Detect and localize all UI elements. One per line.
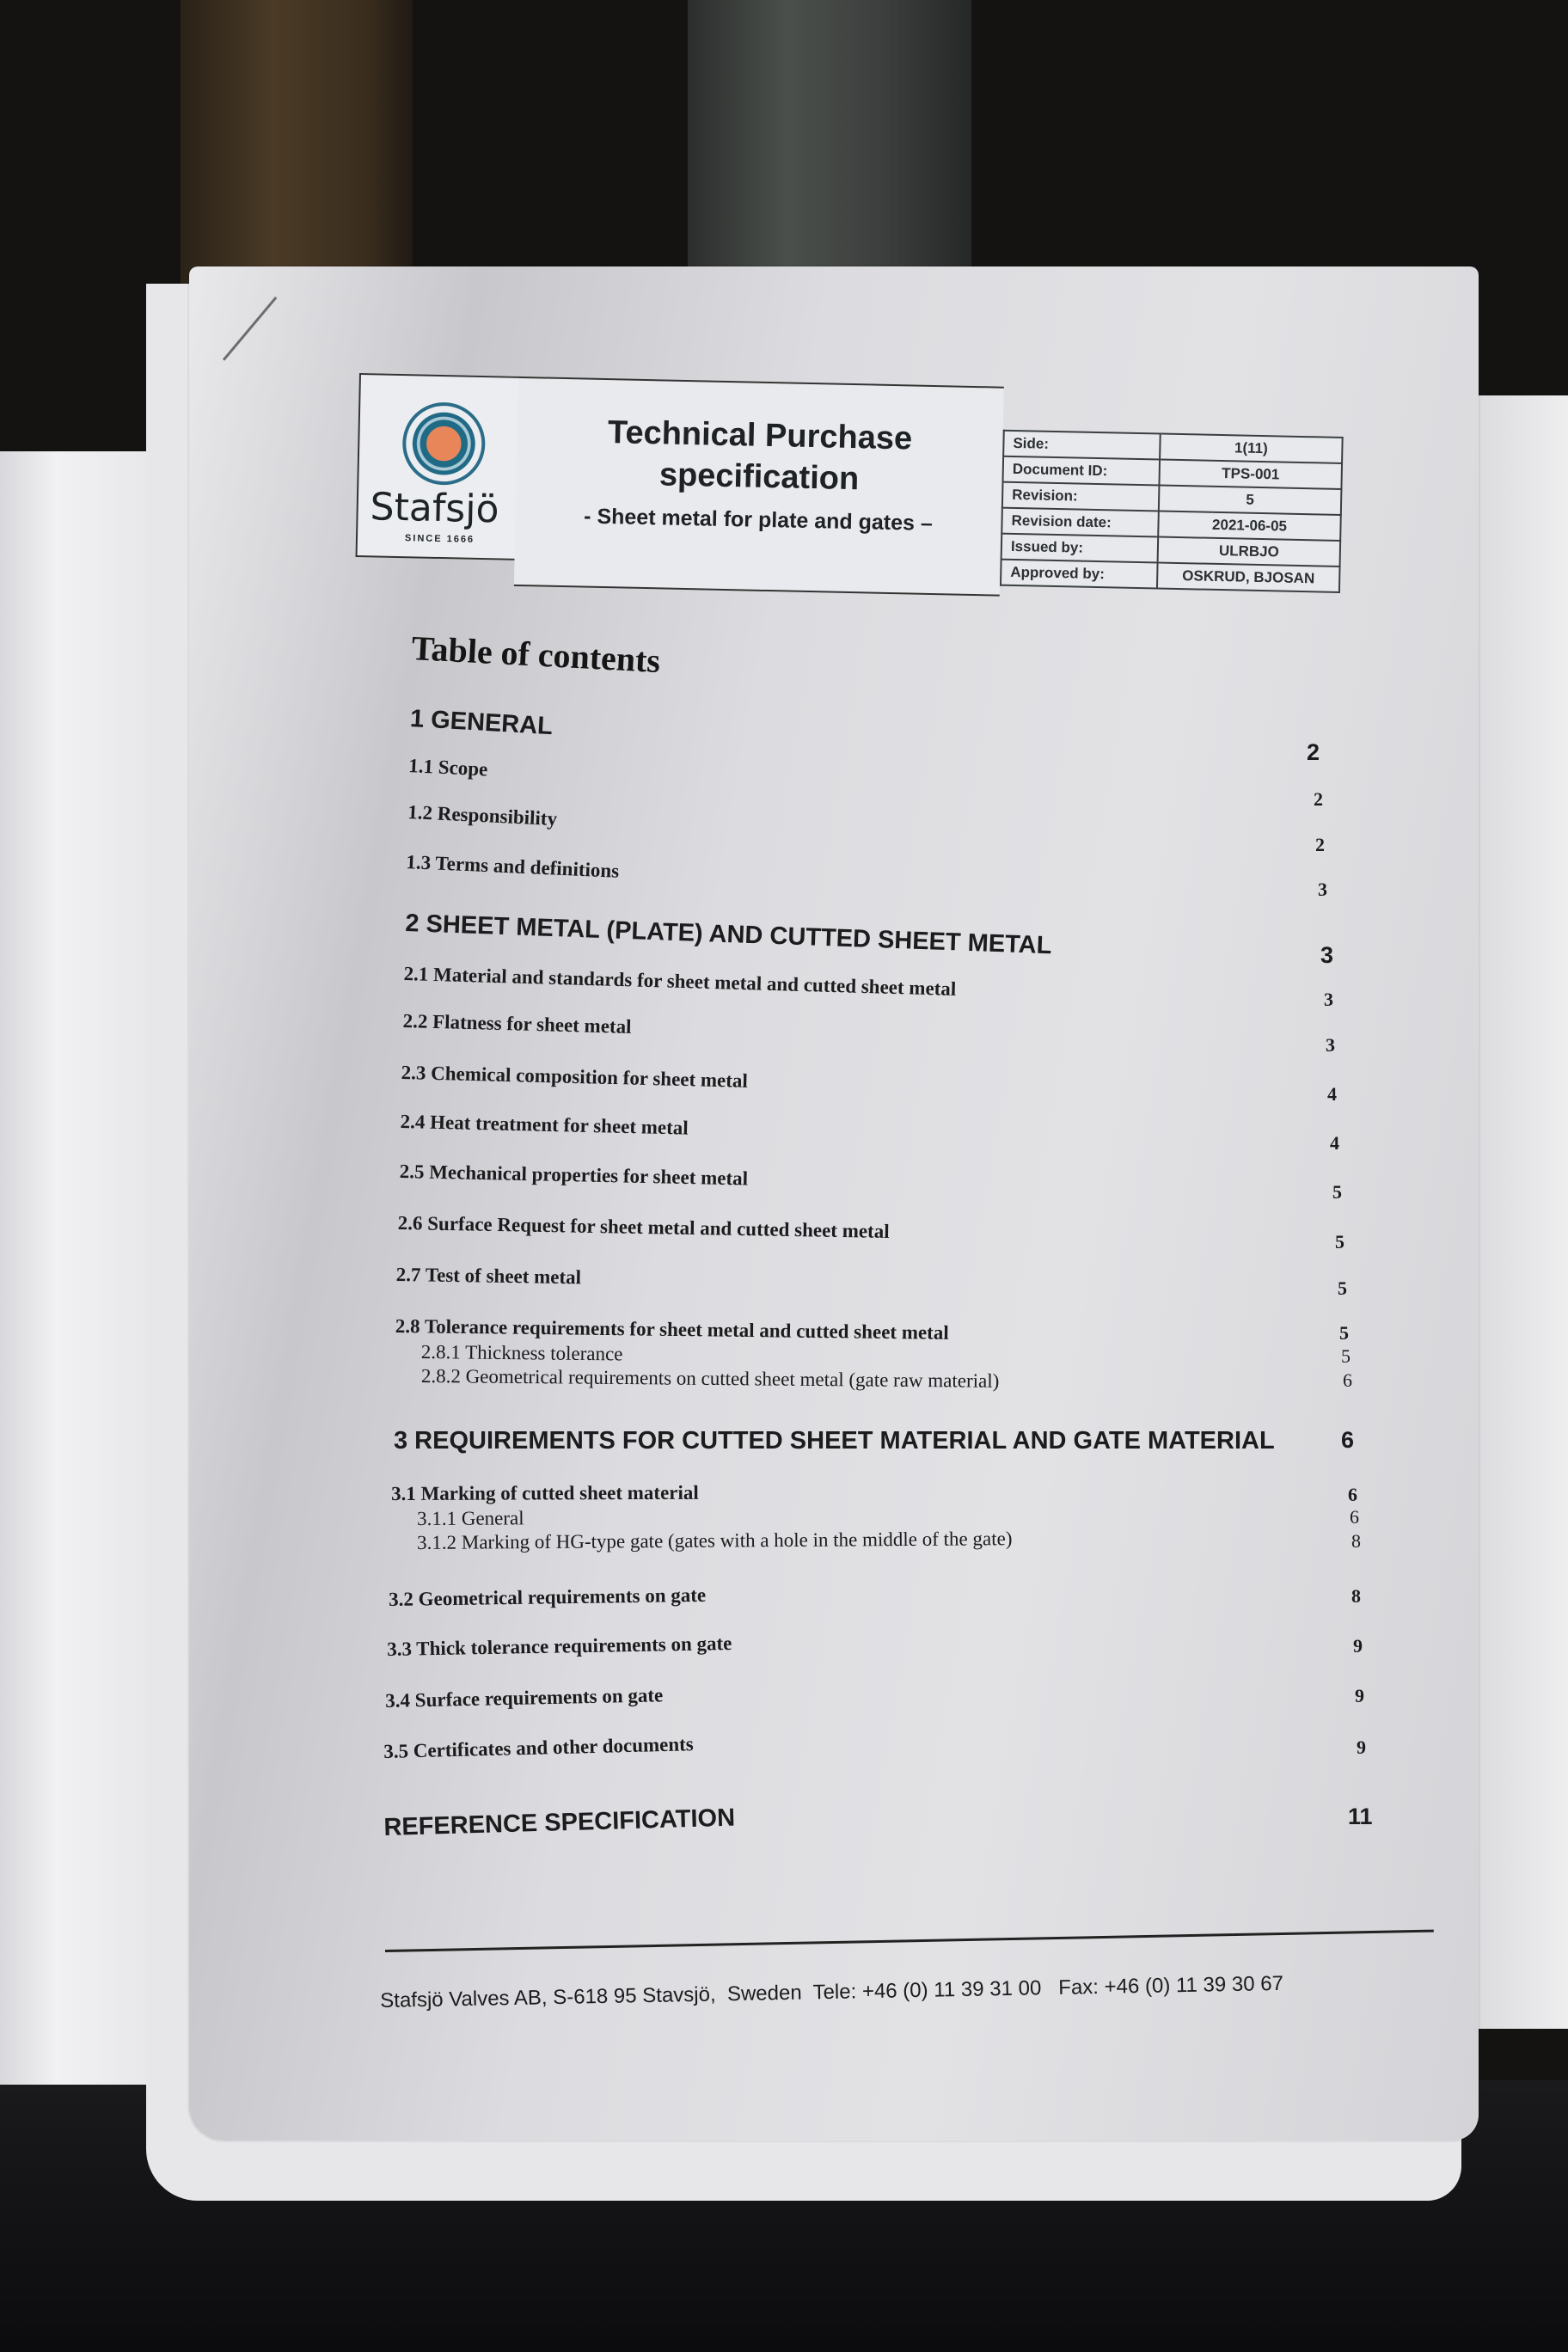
toc-entry-level-2[interactable]: 3.1 Marking of cutted sheet material	[391, 1482, 699, 1505]
toc-entry-level-2[interactable]: 3.4 Surface requirements on gate	[385, 1684, 664, 1712]
toc-page-number: 3	[1320, 942, 1333, 969]
toc-entry-level-2[interactable]: 2.6 Surface Request for sheet metal and …	[398, 1212, 890, 1243]
toc-page-number: 5	[1338, 1277, 1347, 1300]
toc-entry-level-1[interactable]: 2 SHEET METAL (PLATE) AND CUTTED SHEET M…	[405, 910, 1052, 960]
toc-page-number: 3	[1324, 989, 1333, 1011]
toc-page-number: 2	[1314, 788, 1323, 811]
toc-entry-level-1[interactable]: 3 REQUIREMENTS FOR CUTTED SHEET MATERIAL…	[394, 1427, 1275, 1455]
toc-page-number: 4	[1327, 1083, 1337, 1106]
toc-page-number: 8	[1351, 1585, 1361, 1608]
toc-entry-level-2[interactable]: 1.1 Scope	[408, 755, 488, 781]
toc-page-number: 9	[1357, 1736, 1366, 1759]
toc-entry-level-2[interactable]: 2.7 Test of sheet metal	[396, 1264, 582, 1289]
toc-page-number: 2	[1315, 834, 1325, 856]
toc-entry-level-2[interactable]: 2.1 Material and standards for sheet met…	[403, 963, 956, 1001]
toc-entry-level-2[interactable]: 3.3 Thick tolerance requirements on gate	[387, 1632, 732, 1661]
toc-page-number: 2	[1307, 739, 1320, 766]
toc-entry-level-2[interactable]: 3.2 Geometrical requirements on gate	[389, 1584, 706, 1611]
toc-page-number: 5	[1332, 1181, 1342, 1204]
toc-entry-level-3[interactable]: 2.8.2 Geometrical requirements on cutted…	[421, 1365, 1000, 1393]
toc-entry-level-3[interactable]: 3.1.1 General	[417, 1507, 524, 1530]
toc-entry-level-2[interactable]: 3.5 Certificates and other documents	[383, 1733, 694, 1763]
toc-page-number: 3	[1318, 879, 1327, 901]
toc-entry-level-2[interactable]: 2.8 Tolerance requirements for sheet met…	[395, 1315, 949, 1344]
toc-page-number: 8	[1351, 1530, 1361, 1553]
toc-entry-level-2[interactable]: 2.2 Flatness for sheet metal	[402, 1010, 632, 1038]
toc-page-number: 3	[1326, 1034, 1335, 1057]
toc-page-number: 9	[1355, 1685, 1364, 1707]
toc-page-number: 11	[1348, 1804, 1373, 1830]
toc-entry-level-1[interactable]: 1 GENERAL	[409, 705, 554, 741]
toc-entry-level-2[interactable]: 1.3 Terms and definitions	[406, 851, 620, 883]
toc-title: Table of contents	[411, 628, 662, 681]
toc-page-number: 5	[1341, 1345, 1351, 1368]
toc-entry-level-1[interactable]: REFERENCE SPECIFICATION	[383, 1804, 735, 1842]
toc-entry-level-2[interactable]: 1.2 Responsibility	[407, 801, 558, 830]
toc-page-number: 6	[1341, 1427, 1354, 1454]
toc-entry-level-2[interactable]: 2.3 Chemical composition for sheet metal	[401, 1062, 748, 1093]
toc-page-number: 6	[1343, 1369, 1352, 1392]
toc-entry-level-2[interactable]: 2.4 Heat treatment for sheet metal	[400, 1111, 689, 1140]
toc-page-number: 9	[1353, 1635, 1363, 1657]
toc-entry-level-2[interactable]: 2.5 Mechanical properties for sheet meta…	[399, 1161, 748, 1190]
toc-entry-level-3[interactable]: 2.8.1 Thickness tolerance	[421, 1341, 623, 1365]
toc-page-number: 6	[1350, 1506, 1359, 1528]
toc-page-number: 5	[1339, 1322, 1349, 1344]
toc-entry-level-3[interactable]: 3.1.2 Marking of HG-type gate (gates wit…	[417, 1528, 1013, 1554]
toc-page-number: 5	[1335, 1231, 1344, 1253]
toc-page-number: 6	[1348, 1484, 1357, 1506]
toc-page-number: 4	[1330, 1132, 1339, 1155]
